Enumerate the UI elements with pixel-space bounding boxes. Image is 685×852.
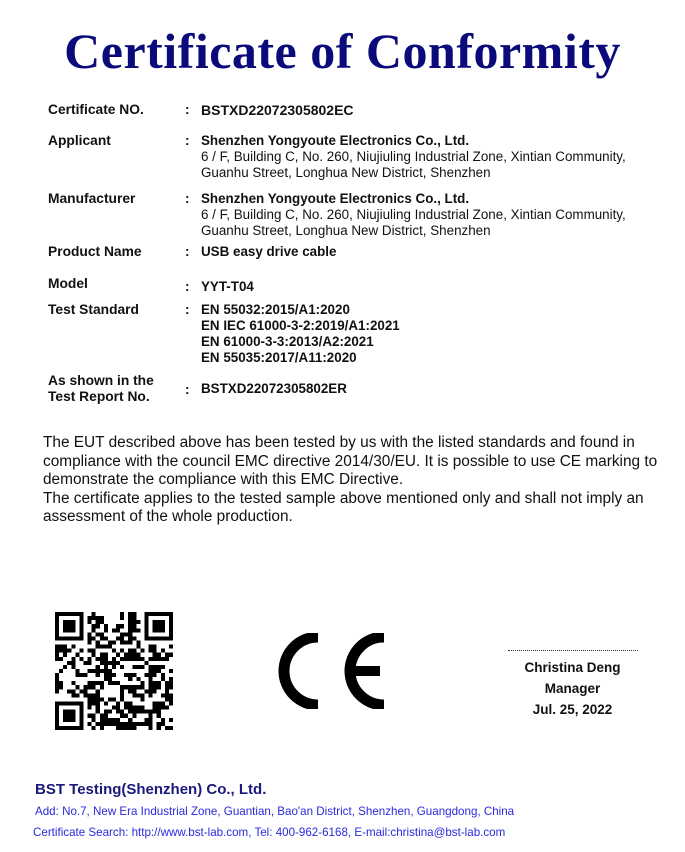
test-standard-item: EN 55032:2015/A1:2020 <box>201 302 661 318</box>
applicant-address-line2: Guanhu Street, Longhua New District, She… <box>201 165 661 181</box>
test-report-label-line2: Test Report No. <box>48 389 183 405</box>
field-separator: : <box>185 133 189 149</box>
field-separator: : <box>185 191 189 207</box>
signatory-name: Christina Deng <box>490 657 655 678</box>
field-separator: : <box>185 102 189 118</box>
footer-certificate-search[interactable]: Certificate Search: http://www.bst-lab.c… <box>33 826 505 839</box>
manufacturer-value: Shenzhen Yongyoute Electronics Co., Ltd.… <box>201 191 661 239</box>
field-separator: : <box>185 302 189 318</box>
footer-address: Add: No.7, New Era Industrial Zone, Guan… <box>35 805 514 818</box>
field-separator: : <box>185 382 189 398</box>
field-separator: : <box>185 244 189 260</box>
test-standard-list: EN 55032:2015/A1:2020 EN IEC 61000-3-2:2… <box>201 302 661 366</box>
model-value: YYT-T04 <box>201 279 661 295</box>
applicant-value: Shenzhen Yongyoute Electronics Co., Ltd.… <box>201 133 661 181</box>
footer-company: BST Testing(Shenzhen) Co., Ltd. <box>35 781 266 798</box>
applicant-name: Shenzhen Yongyoute Electronics Co., Ltd. <box>201 133 661 149</box>
field-label: Applicant <box>48 133 183 149</box>
signatory-role: Manager <box>490 678 655 699</box>
manufacturer-address-line2: Guanhu Street, Longhua New District, She… <box>201 223 661 239</box>
signature-date: Jul. 25, 2022 <box>490 699 655 720</box>
statement-paragraph: The certificate applies to the tested sa… <box>43 490 663 527</box>
test-report-number: BSTXD22072305802ER <box>201 381 661 397</box>
signature-line <box>508 650 638 651</box>
field-separator: : <box>185 279 189 295</box>
product-name-value: USB easy drive cable <box>201 244 661 260</box>
manufacturer-address-line1: 6 / F, Building C, No. 260, Niujiuling I… <box>201 207 661 223</box>
field-label: Manufacturer <box>48 191 183 207</box>
field-label: Product Name <box>48 244 183 260</box>
certificate-number: BSTXD22072305802EC <box>201 102 661 118</box>
qr-code-icon[interactable] <box>55 612 173 730</box>
signature-block: Christina Deng Manager Jul. 25, 2022 <box>490 650 655 720</box>
ce-mark-icon <box>262 633 388 709</box>
test-report-label-line1: As shown in the <box>48 373 183 389</box>
test-standard-item: EN 61000-3-3:2013/A2:2021 <box>201 334 661 350</box>
field-label: Certificate NO. <box>48 102 183 118</box>
test-standard-item: EN 55035:2017/A11:2020 <box>201 350 661 366</box>
statement-paragraph: The EUT described above has been tested … <box>43 434 663 490</box>
conformity-statement: The EUT described above has been tested … <box>43 434 663 527</box>
field-label: Test Standard <box>48 302 183 318</box>
applicant-address-line1: 6 / F, Building C, No. 260, Niujiuling I… <box>201 149 661 165</box>
manufacturer-name: Shenzhen Yongyoute Electronics Co., Ltd. <box>201 191 661 207</box>
field-label: Model <box>48 276 183 292</box>
certificate-title: Certificate of Conformity <box>0 22 685 80</box>
test-standard-item: EN IEC 61000-3-2:2019/A1:2021 <box>201 318 661 334</box>
field-label: As shown in the Test Report No. <box>48 373 183 405</box>
